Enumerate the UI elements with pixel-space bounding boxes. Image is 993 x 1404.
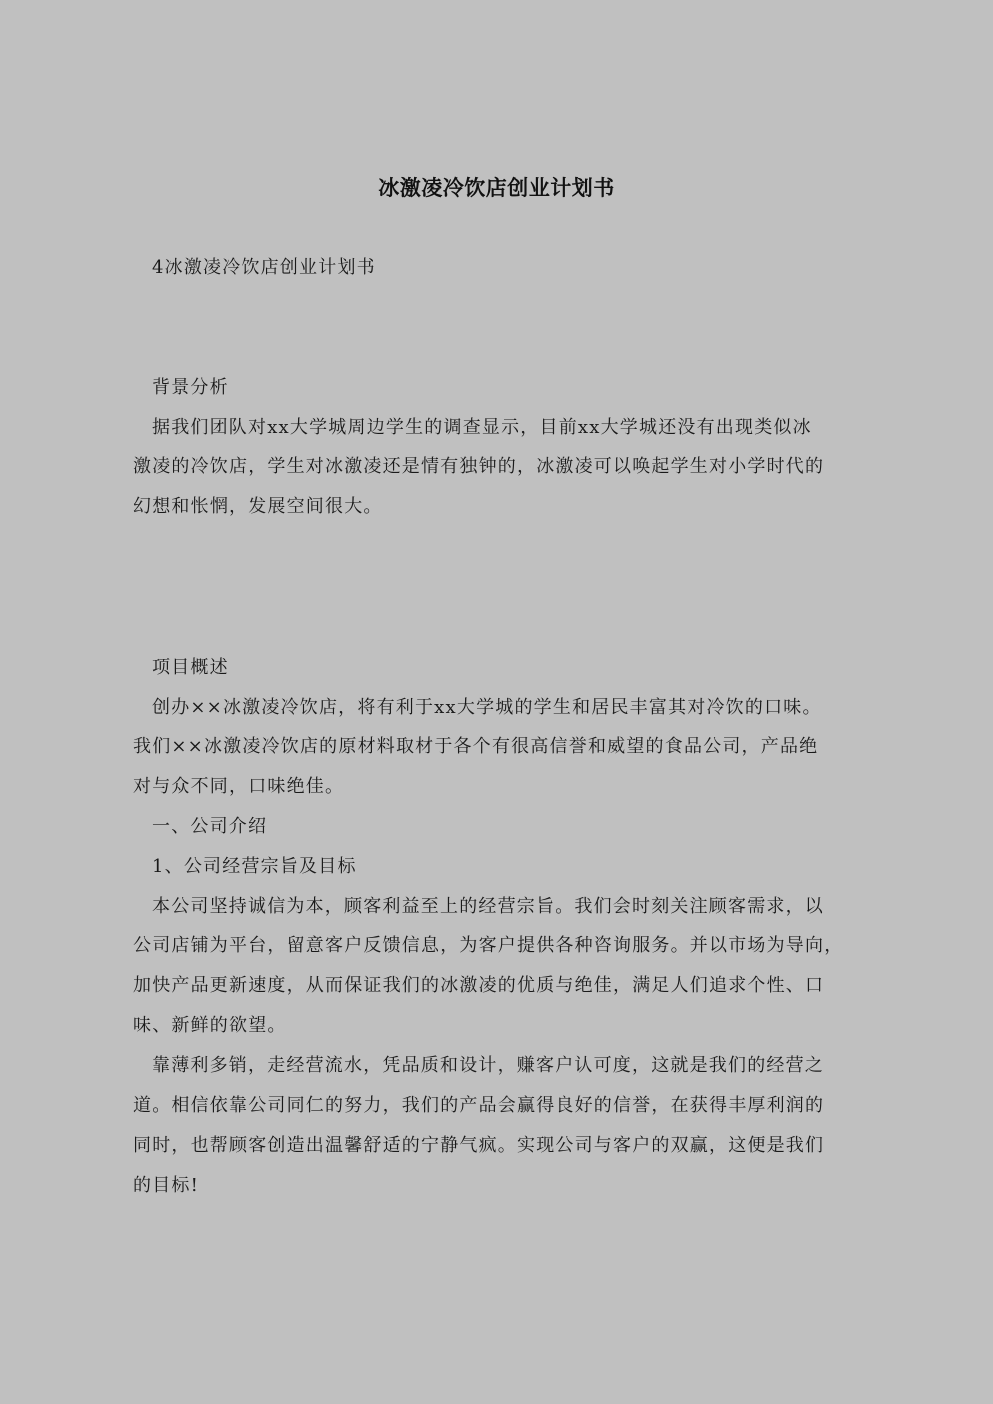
paragraph-line: 同时，也帮顾客创造出温馨舒适的宁静气疯。实现公司与客户的双赢，这便是我们 xyxy=(133,1134,863,1158)
paragraph-line: 据我们团队对xx大学城周边学生的调查显示，目前xx大学城还没有出现类似冰 xyxy=(152,416,882,440)
paragraph-line: 激凌的冷饮店，学生对冰激凌还是情有独钟的，冰激凌可以唤起学生对小学时代的 xyxy=(133,455,863,479)
paragraph-line: 公司店铺为平台，留意客户反馈信息，为客户提供各种咨询服务。并以市场为导向， xyxy=(133,934,863,958)
document-title: 冰激凌冷饮店创业计划书 xyxy=(0,172,993,202)
paragraph-line: 道。相信依靠公司同仁的努力，我们的产品会赢得良好的信誉，在获得丰厚利润的 xyxy=(133,1094,863,1118)
section-heading-background: 背景分析 xyxy=(152,376,882,400)
paragraph-line: 加快产品更新速度，从而保证我们的冰激凌的优质与绝佳，满足人们追求个性、口 xyxy=(133,974,863,998)
section-heading-overview: 项目概述 xyxy=(152,656,882,680)
paragraph-line: 味、新鲜的欲望。 xyxy=(133,1014,863,1038)
document-page: 冰激凌冷饮店创业计划书 4冰激凌冷饮店创业计划书 背景分析 据我们团队对xx大学… xyxy=(0,0,993,1404)
paragraph-line: 幻想和怅惘，发展空间很大。 xyxy=(133,495,863,519)
paragraph-line: 本公司坚持诚信为本，顾客利益至上的经营宗旨。我们会时刻关注顾客需求，以 xyxy=(152,895,882,919)
section-heading-company: 一、公司介绍 xyxy=(152,815,882,839)
paragraph-line: 靠薄利多销，走经营流水，凭品质和设计，赚客户认可度，这就是我们的经营之 xyxy=(152,1054,882,1078)
document-subtitle: 4冰激凌冷饮店创业计划书 xyxy=(152,256,882,280)
paragraph-line: 的目标! xyxy=(133,1174,863,1198)
paragraph-line: 对与众不同，口味绝佳。 xyxy=(133,775,863,799)
paragraph-line: 我们××冰激凌冷饮店的原材料取材于各个有很高信誉和威望的食品公司，产品绝 xyxy=(133,735,863,759)
subsection-heading-mission: 1、公司经营宗旨及目标 xyxy=(152,855,882,879)
paragraph-line: 创办××冰激凌冷饮店，将有利于xx大学城的学生和居民丰富其对冷饮的口味。 xyxy=(152,696,882,720)
